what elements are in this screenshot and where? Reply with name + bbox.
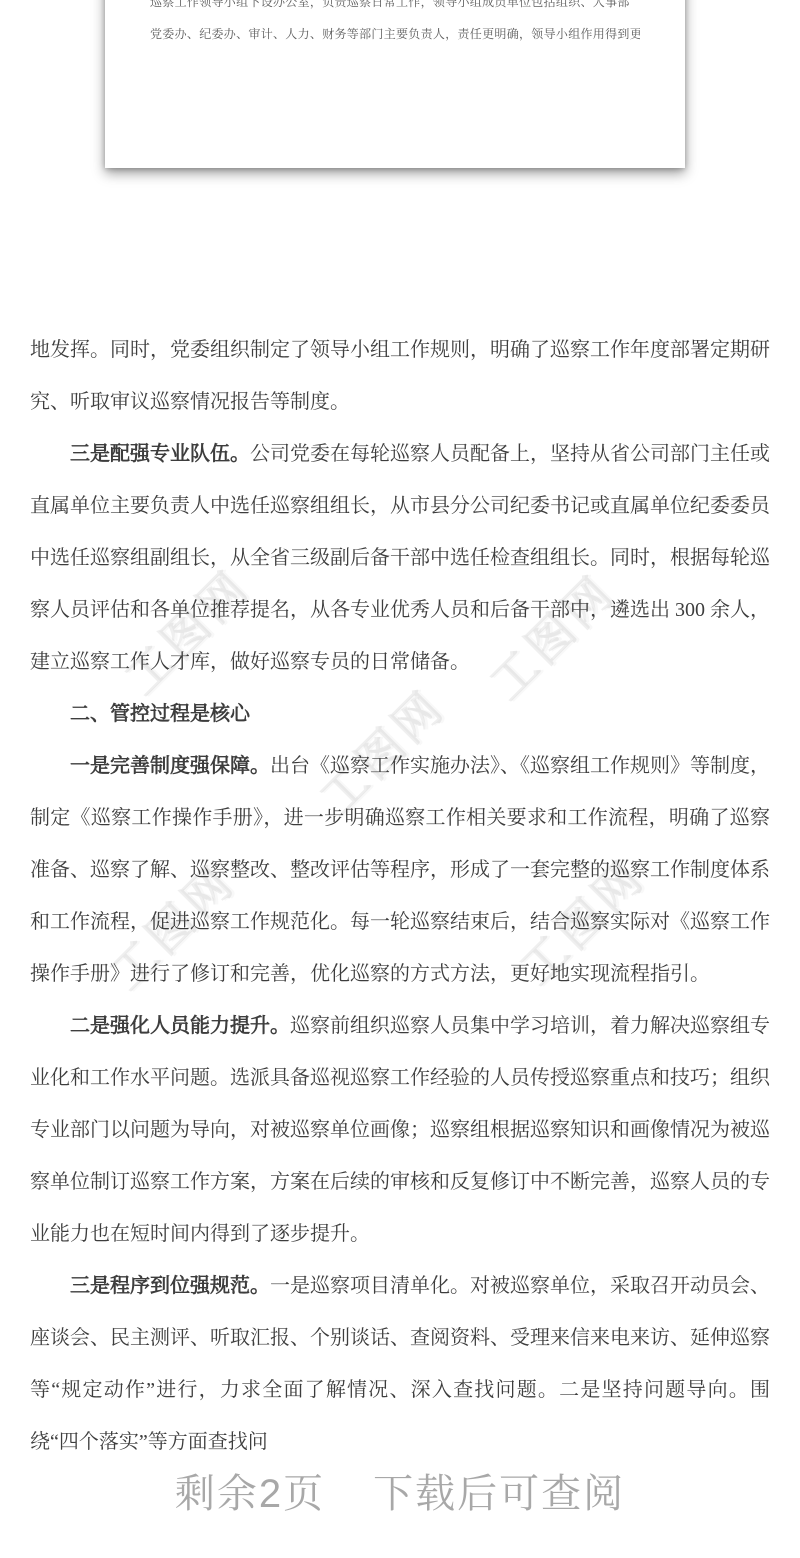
- remaining-pages-count-text: 剩余2页: [175, 1472, 325, 1516]
- paragraph: 三是程序到位强规范。一是巡察项目清单化。对被巡察单位，采取召开动员会、座谈会、民…: [30, 1260, 770, 1468]
- paragraph-lead: 二是强化人员能力提升。: [70, 1015, 290, 1037]
- paragraph: 一是完善制度强保障。出台《巡察工作实施办法》、《巡察组工作规则》等制度，制定《巡…: [30, 740, 770, 1000]
- paragraph: 二是强化人员能力提升。巡察前组织巡察人员集中学习培训，着力解决巡察组专业化和工作…: [30, 1000, 770, 1260]
- paragraph-text: 巡察前组织巡察人员集中学习培训，着力解决巡察组专业化和工作水平问题。选派具备巡视…: [30, 1015, 770, 1245]
- document-preview-viewport: 巡察工作领导小组下设办公室，负责巡察日常工作，领导小组成员单位包括组织、人事部 …: [0, 0, 800, 1558]
- previous-page-text-line: 党委办、纪委办、审计、人力、财务等部门主要负责人，责任更明确，领导小组作用得到更…: [150, 18, 640, 50]
- paragraph-lead: 三是配强专业队伍。: [70, 443, 250, 465]
- paragraph-continuation: 地发挥。同时，党委组织制定了领导小组工作规则，明确了巡察工作年度部署定期研究、听…: [30, 324, 770, 428]
- paragraph-lead: 三是程序到位强规范。: [70, 1275, 270, 1297]
- document-text-body: 地发挥。同时，党委组织制定了领导小组工作规则，明确了巡察工作年度部署定期研究、听…: [30, 324, 770, 1468]
- section-heading: 二、管控过程是核心: [30, 688, 770, 740]
- paragraph-text: 公司党委在每轮巡察人员配备上，坚持从省公司部门主任或直属单位主要负责人中选任巡察…: [30, 443, 770, 673]
- remaining-pages-notice: 剩余2页下载后可查阅: [0, 1462, 800, 1519]
- paragraph: 三是配强专业队伍。公司党委在每轮巡察人员配备上，坚持从省公司部门主任或直属单位主…: [30, 428, 770, 688]
- paragraph-text: 一是巡察项目清单化。对被巡察单位，采取召开动员会、座谈会、民主测评、听取汇报、个…: [30, 1275, 770, 1453]
- download-to-view-text: 下载后可查阅: [373, 1472, 625, 1516]
- previous-page-preview-card: 巡察工作领导小组下设办公室，负责巡察日常工作，领导小组成员单位包括组织、人事部 …: [105, 0, 685, 168]
- previous-page-clipped-text-line: 巡察工作领导小组下设办公室，负责巡察日常工作，领导小组成员单位包括组织、人事部: [150, 0, 640, 18]
- paragraph-lead: 一是完善制度强保障。: [70, 755, 270, 777]
- paragraph-text: 出台《巡察工作实施办法》、《巡察组工作规则》等制度，制定《巡察工作操作手册》，进…: [30, 755, 770, 985]
